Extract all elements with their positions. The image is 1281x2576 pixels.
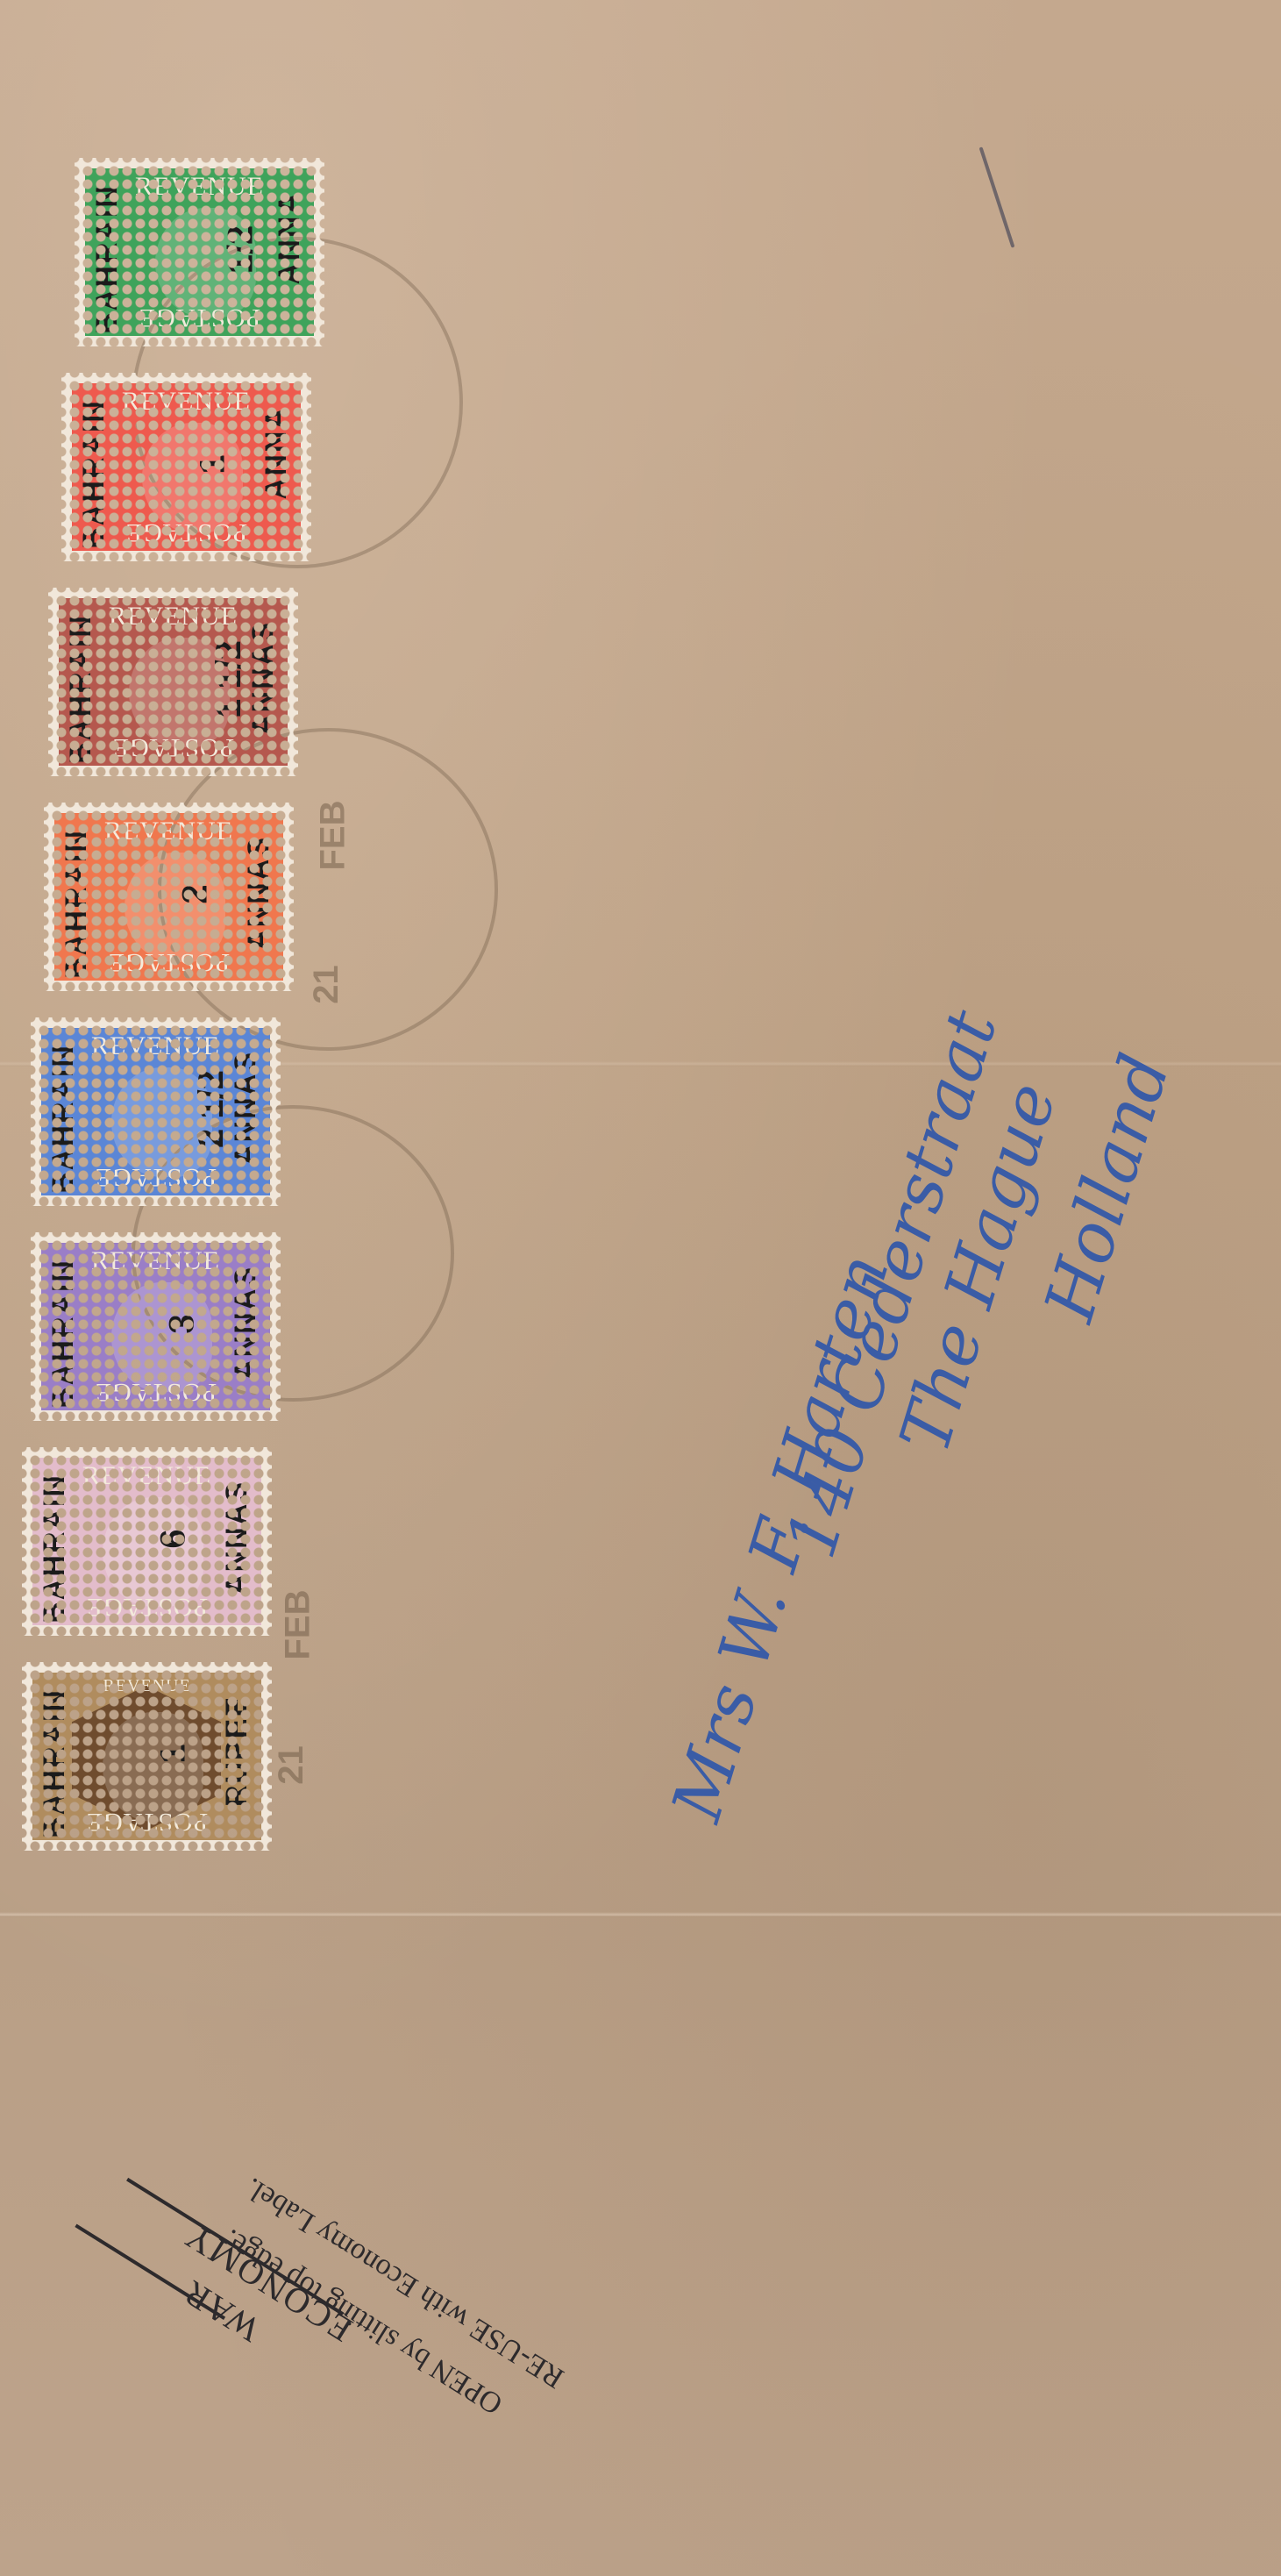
- king-portrait: [142, 423, 243, 532]
- stamp-overprint-country: BAHRAIN: [90, 184, 125, 334]
- stamp-overprint-unit: ANNAS: [220, 1481, 254, 1595]
- king-portrait: [103, 1712, 203, 1822]
- stamp-overprint-unit: ANNAS: [242, 836, 276, 951]
- stamp-overprint-value: 2 1/2: [192, 1070, 231, 1148]
- postmark-year: 21: [307, 965, 346, 1004]
- king-portrait: [125, 853, 225, 962]
- stamp-overprint-value: 2: [176, 884, 216, 903]
- postmark-date: FEB: [279, 1590, 318, 1660]
- postmark-year: 21: [272, 1745, 311, 1785]
- stamp-overprint-country: BAHRAIN: [38, 1474, 72, 1623]
- stamp-overprint-value: 1: [194, 454, 233, 474]
- stamp-overprint-unit: ANNAS: [229, 1051, 263, 1166]
- stamp-overprint-country: BAHRAIN: [60, 829, 94, 979]
- stamp: REVENUEPOSTAGEBAHRAIN6ANNAS: [22, 1447, 272, 1636]
- stamp-overprint-country: BAHRAIN: [46, 1259, 81, 1409]
- king-portrait: [111, 1282, 212, 1392]
- postmark-date: FEB: [314, 801, 353, 871]
- stamp: REVENUEPOSTAGEBAHRAIN2ANNAS: [44, 803, 294, 991]
- stamp-overprint-unit: ANNAS: [246, 621, 281, 736]
- king-portrait: [103, 1497, 203, 1607]
- stamp-overprint-value: 1/2: [221, 225, 260, 275]
- envelope-crease: [0, 1912, 1281, 1917]
- stamp-overprint-unit: ANNA: [273, 191, 307, 284]
- stamp-overprint-unit: ANNAS: [229, 1266, 263, 1381]
- stamp: REVENUEPOSTAGEBAHRAIN2 1/2ANNAS: [31, 1017, 281, 1206]
- stamp-overprint-country: BAHRAIN: [64, 614, 98, 764]
- stamp: REVENUEPOSTAGEBAHRAIN1/2ANNA: [75, 158, 324, 346]
- stamp-overprint-country: BAHRAIN: [46, 1044, 81, 1194]
- stamp: REVENUEPOSTAGEBAHRAIN3ANNAS: [31, 1232, 281, 1421]
- stamp-overprint-value: 1 1/2: [210, 640, 249, 718]
- stamp-overprint-value: 3: [163, 1314, 203, 1333]
- stamp-overprint-unit: ANNA: [260, 406, 294, 499]
- stamp: REVENUEPOSTAGEBAHRAIN1 1/2ANNAS: [48, 588, 298, 776]
- stamp-overprint-country: BAHRAIN: [38, 1688, 72, 1838]
- stamp: REVENUEPOSTAGEBAHRAIN1RUPEE: [22, 1662, 272, 1851]
- stamp-overprint-unit: RUPEE: [220, 1695, 254, 1807]
- stamp-overprint-country: BAHRAIN: [77, 399, 111, 549]
- stamp-overprint-value: 1: [154, 1744, 194, 1763]
- stamp: REVENUEPOSTAGEBAHRAIN1ANNA: [61, 373, 311, 561]
- stamp-overprint-value: 6: [154, 1529, 194, 1548]
